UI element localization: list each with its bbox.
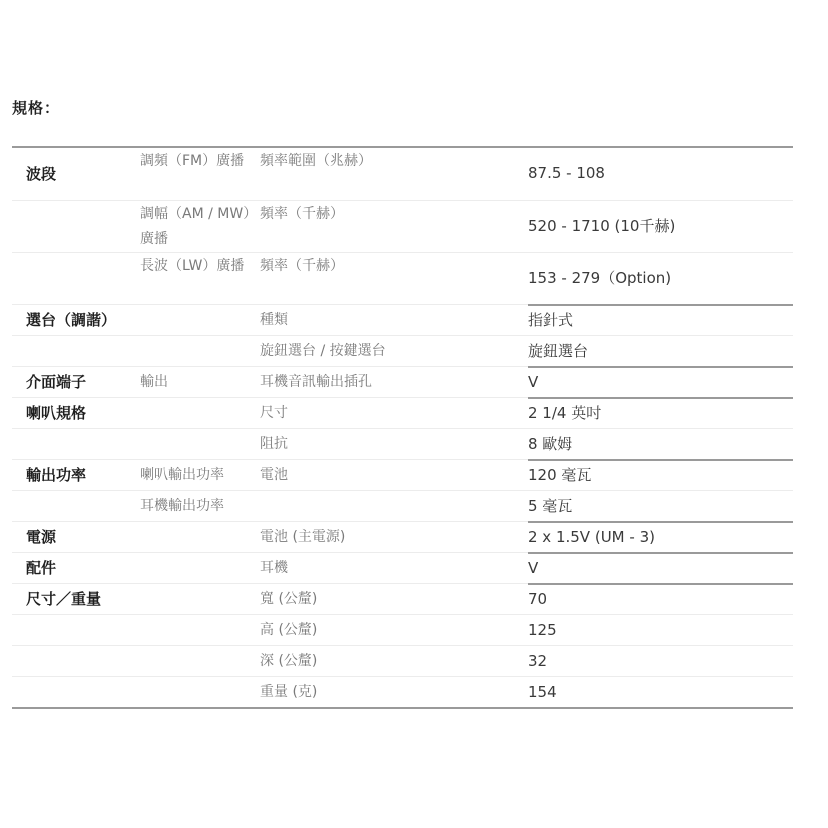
category-cell: 波段 bbox=[12, 148, 140, 200]
table-row-height: 高 (公釐) 125 bbox=[12, 614, 793, 645]
spec-table: 波段 調頻（FM）廣播 頻率範圍（兆赫） 87.5 - 108 調幅（AM / … bbox=[12, 146, 793, 709]
item-cell: 種類 bbox=[260, 305, 528, 335]
value-cell: V bbox=[528, 367, 793, 397]
subcategory-cell bbox=[140, 336, 260, 366]
table-row-tuning-method: 旋鈕選台 / 按鍵選台 旋鈕選台 bbox=[12, 335, 793, 366]
subcategory-cell: 喇叭輸出功率 bbox=[140, 460, 260, 490]
item-cell: 頻率（千赫） bbox=[260, 253, 528, 304]
value-cell: 指針式 bbox=[528, 305, 793, 335]
category-cell: 喇叭規格 bbox=[12, 398, 140, 428]
value-cell: 2 x 1.5V (UM - 3) bbox=[528, 522, 793, 552]
value-cell: 153 - 279（Option) bbox=[528, 253, 793, 304]
category-cell bbox=[12, 336, 140, 366]
table-row-speaker-output: 輸出功率 喇叭輸出功率 電池 120 毫瓦 bbox=[12, 459, 793, 490]
subcategory-cell: 調幅（AM / MW）廣播 bbox=[140, 201, 260, 252]
subcategory-cell bbox=[140, 429, 260, 459]
table-row-power: 電源 電池 (主電源) 2 x 1.5V (UM - 3) bbox=[12, 521, 793, 552]
subcategory-cell bbox=[140, 398, 260, 428]
subcategory-cell bbox=[140, 615, 260, 645]
value-cell: 32 bbox=[528, 646, 793, 676]
category-cell: 輸出功率 bbox=[12, 460, 140, 490]
value-cell: 2 1/4 英吋 bbox=[528, 398, 793, 428]
table-row-am: 調幅（AM / MW）廣播 頻率（千赫） 520 - 1710 (10千赫) bbox=[12, 200, 793, 252]
table-row-interface: 介面端子 輸出 耳機音訊輸出插孔 V bbox=[12, 366, 793, 397]
table-row-lw: 長波（LW）廣播 頻率（千赫） 153 - 279（Option) bbox=[12, 252, 793, 304]
table-row-fm: 波段 調頻（FM）廣播 頻率範圍（兆赫） 87.5 - 108 bbox=[12, 148, 793, 200]
table-row-tuning-type: 選台（調諧） 種類 指針式 bbox=[12, 304, 793, 335]
item-cell: 高 (公釐) bbox=[260, 615, 528, 645]
table-row-width: 尺寸／重量 寬 (公釐) 70 bbox=[12, 583, 793, 614]
subcategory-cell: 調頻（FM）廣播 bbox=[140, 148, 260, 200]
subcategory-cell bbox=[140, 646, 260, 676]
category-cell: 尺寸／重量 bbox=[12, 584, 140, 614]
item-cell: 耳機音訊輸出插孔 bbox=[260, 367, 528, 397]
spec-title: 規格： bbox=[12, 97, 60, 118]
category-cell: 選台（調諧） bbox=[12, 305, 140, 335]
category-cell: 介面端子 bbox=[12, 367, 140, 397]
value-cell: 5 毫瓦 bbox=[528, 491, 793, 521]
table-row-headphone-output: 耳機輸出功率 5 毫瓦 bbox=[12, 490, 793, 521]
value-cell: 125 bbox=[528, 615, 793, 645]
category-cell bbox=[12, 646, 140, 676]
category-cell: 電源 bbox=[12, 522, 140, 552]
item-cell: 寬 (公釐) bbox=[260, 584, 528, 614]
item-cell bbox=[260, 491, 528, 521]
category-cell bbox=[12, 491, 140, 521]
item-cell: 深 (公釐) bbox=[260, 646, 528, 676]
table-row-depth: 深 (公釐) 32 bbox=[12, 645, 793, 676]
value-cell: 120 毫瓦 bbox=[528, 460, 793, 490]
item-cell: 阻抗 bbox=[260, 429, 528, 459]
value-cell: 70 bbox=[528, 584, 793, 614]
item-cell: 旋鈕選台 / 按鍵選台 bbox=[260, 336, 528, 366]
subcategory-cell bbox=[140, 677, 260, 707]
value-cell: 8 歐姆 bbox=[528, 429, 793, 459]
item-cell: 尺寸 bbox=[260, 398, 528, 428]
table-row-accessories: 配件 耳機 V bbox=[12, 552, 793, 583]
subcategory-cell bbox=[140, 584, 260, 614]
item-cell: 電池 (主電源) bbox=[260, 522, 528, 552]
item-cell: 頻率（千赫） bbox=[260, 201, 528, 252]
item-cell: 頻率範圍（兆赫） bbox=[260, 148, 528, 200]
category-cell bbox=[12, 429, 140, 459]
table-row-speaker-impedance: 阻抗 8 歐姆 bbox=[12, 428, 793, 459]
value-cell: 154 bbox=[528, 677, 793, 707]
subcategory-cell: 輸出 bbox=[140, 367, 260, 397]
subcategory-cell: 長波（LW）廣播 bbox=[140, 253, 260, 304]
item-cell: 重量 (克) bbox=[260, 677, 528, 707]
category-cell bbox=[12, 253, 140, 304]
category-cell bbox=[12, 677, 140, 707]
subcategory-cell bbox=[140, 553, 260, 583]
category-cell bbox=[12, 615, 140, 645]
value-cell: 520 - 1710 (10千赫) bbox=[528, 201, 793, 252]
table-row-speaker-size: 喇叭規格 尺寸 2 1/4 英吋 bbox=[12, 397, 793, 428]
table-row-weight: 重量 (克) 154 bbox=[12, 676, 793, 707]
item-cell: 電池 bbox=[260, 460, 528, 490]
subcategory-cell bbox=[140, 522, 260, 552]
subcategory-cell bbox=[140, 305, 260, 335]
category-cell bbox=[12, 201, 140, 252]
value-cell: V bbox=[528, 553, 793, 583]
item-cell: 耳機 bbox=[260, 553, 528, 583]
value-cell: 旋鈕選台 bbox=[528, 336, 793, 366]
category-cell: 配件 bbox=[12, 553, 140, 583]
value-cell: 87.5 - 108 bbox=[528, 148, 793, 200]
subcategory-cell: 耳機輸出功率 bbox=[140, 491, 260, 521]
